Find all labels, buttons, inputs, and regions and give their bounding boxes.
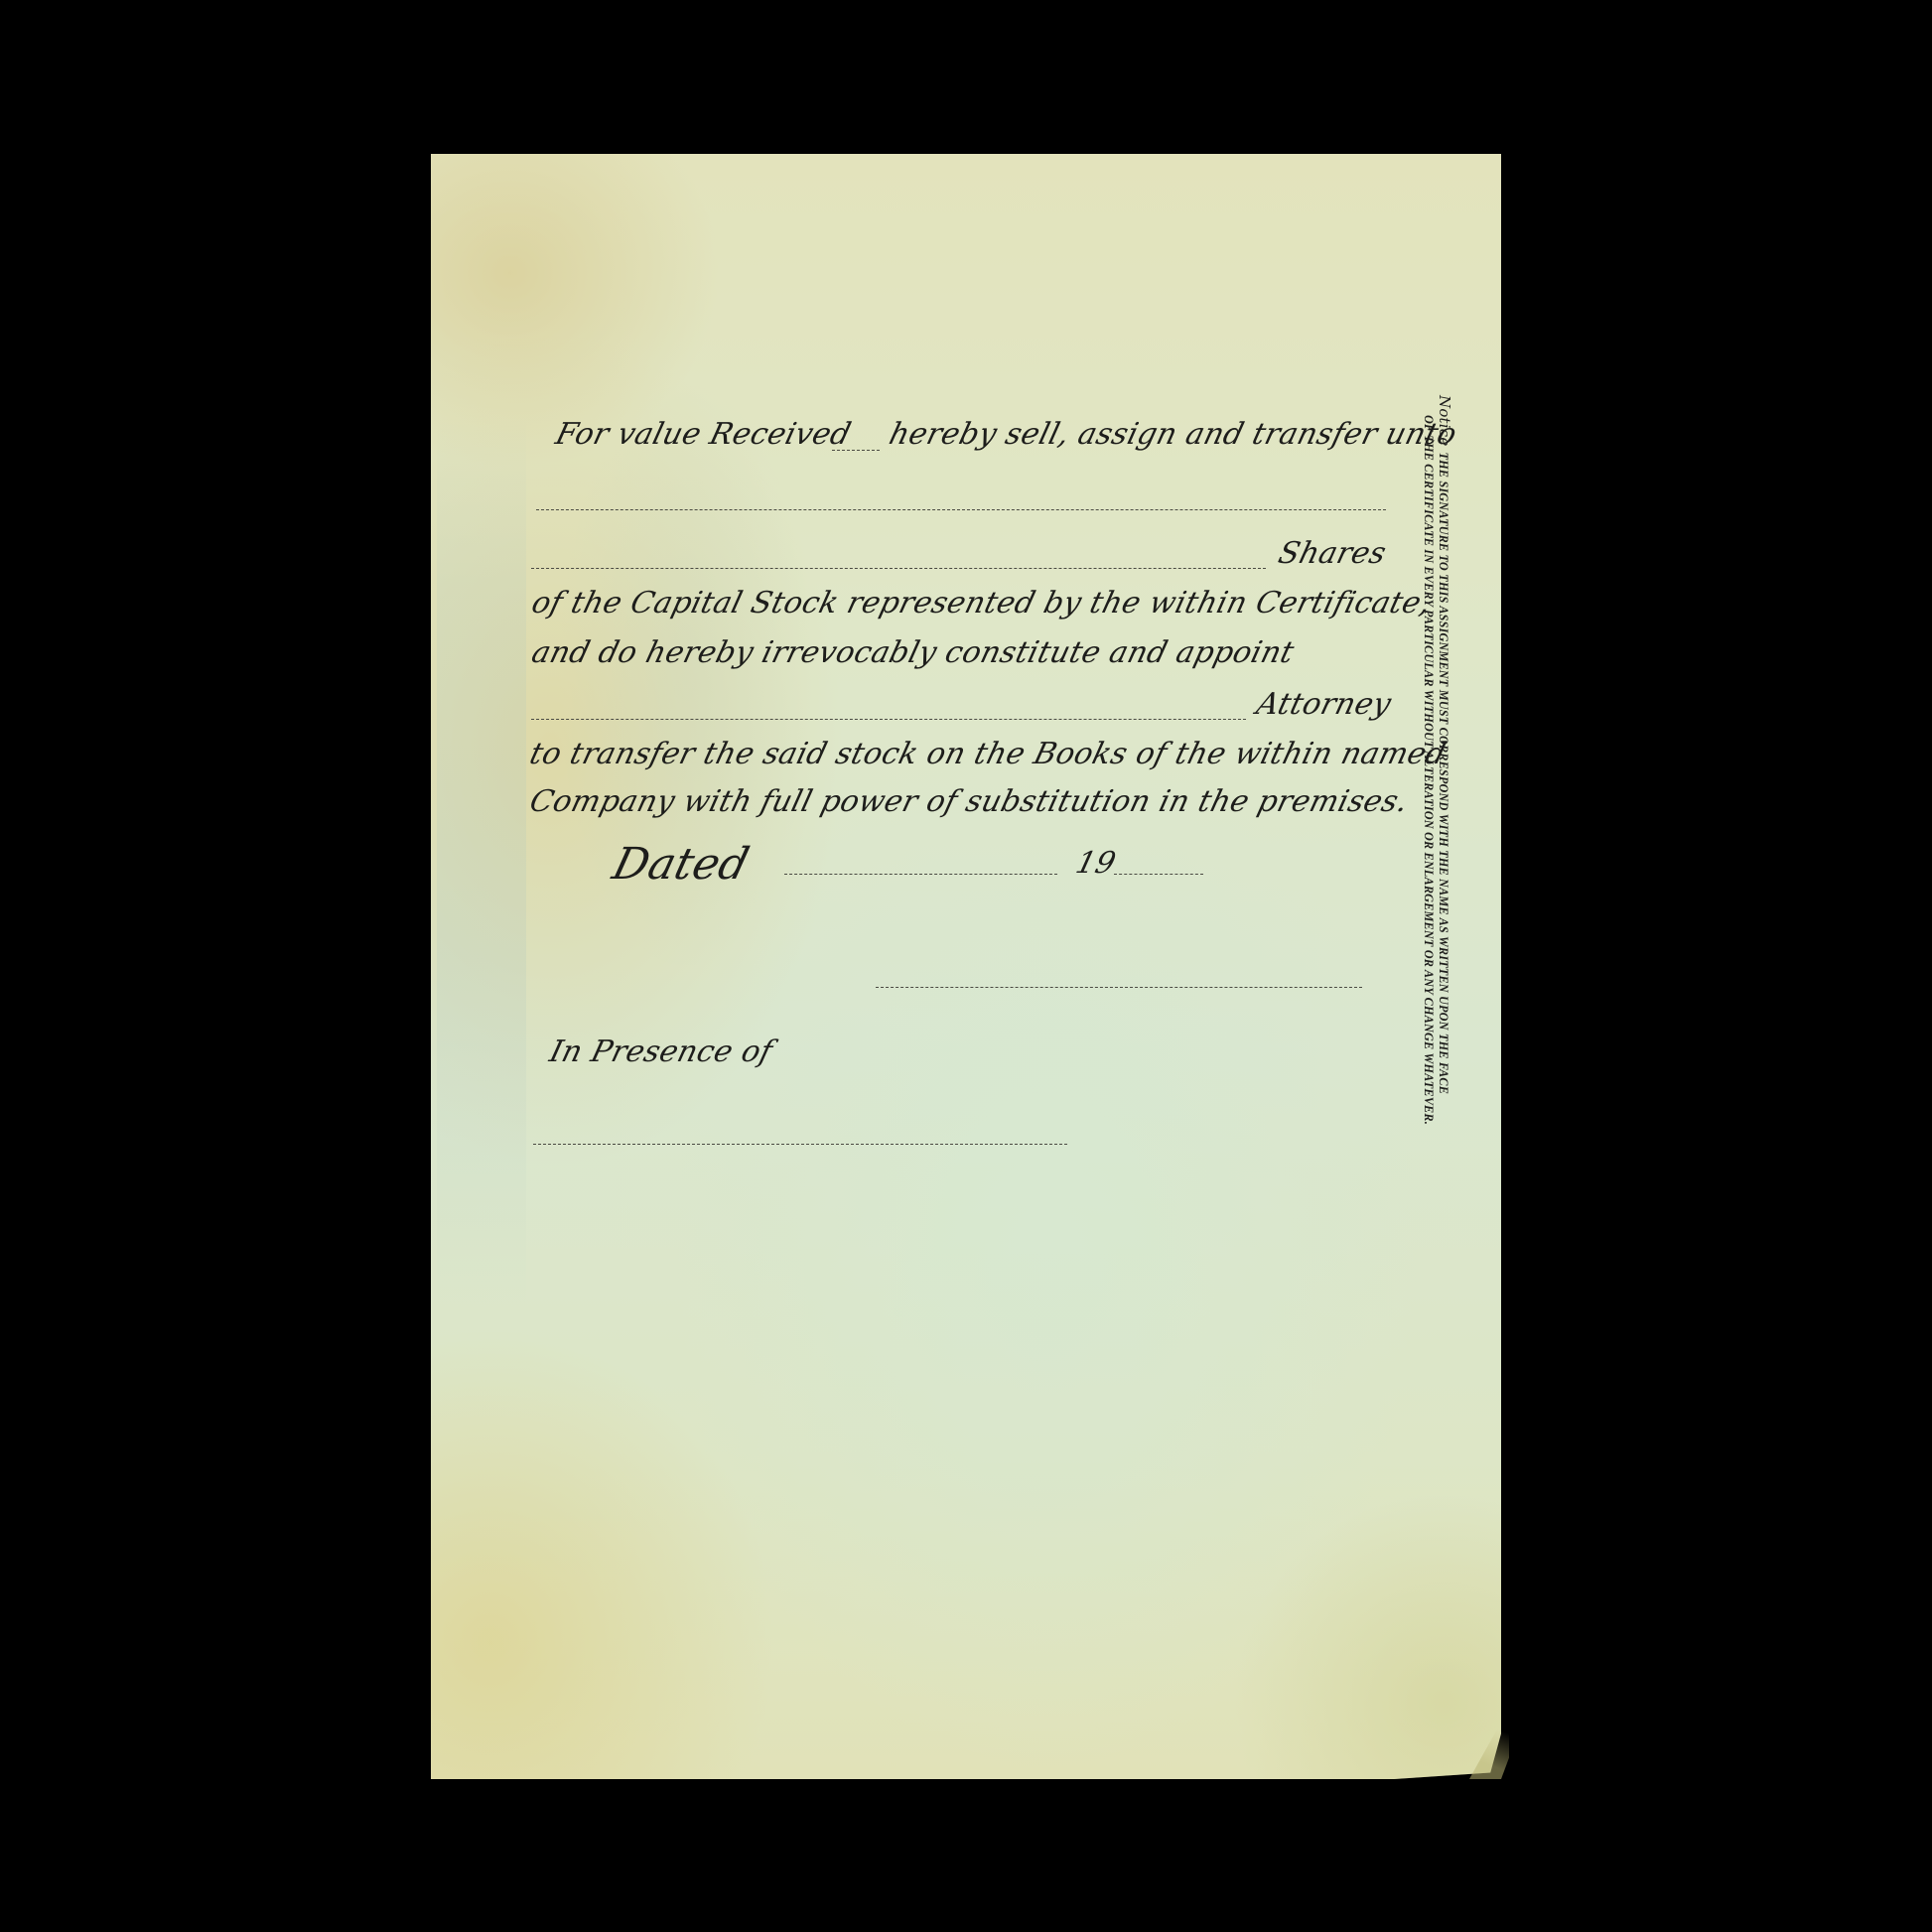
- sell-assign-transfer-text: hereby sell, assign and transfer unto: [886, 417, 1460, 452]
- signature-line[interactable]: [876, 987, 1362, 988]
- for-value-received-text: For value Received: [552, 417, 855, 452]
- in-presence-of-label: In Presence of: [546, 1035, 776, 1069]
- certificate-paper: [431, 154, 1501, 1779]
- notice-line-2: OF THE CERTIFICATE IN EVERY PARTICULAR W…: [1421, 395, 1436, 1209]
- notice-text-1: THE SIGNATURE TO THIS ASSIGNMENT MUST CO…: [1437, 452, 1450, 1094]
- date-line[interactable]: [784, 874, 1057, 875]
- assignee-name-line[interactable]: [536, 509, 1386, 510]
- year-line[interactable]: [1114, 874, 1203, 875]
- grantor-blank-line[interactable]: [832, 450, 880, 451]
- shares-label: Shares: [1275, 536, 1390, 571]
- transfer-text: to transfer the said stock on the Books …: [526, 737, 1449, 771]
- dated-label: Dated: [608, 839, 755, 890]
- notice-heading: Notice: [1436, 395, 1453, 446]
- company-text: Company with full power of substitution …: [526, 784, 1412, 819]
- signature-notice: NoticeTHE SIGNATURE TO THIS ASSIGNMENT M…: [1421, 395, 1451, 1209]
- capital-stock-text: of the Capital Stock represented by the …: [528, 586, 1435, 621]
- shares-count-line[interactable]: [531, 568, 1266, 569]
- notice-text-2: OF THE CERTIFICATE IN EVERY PARTICULAR W…: [1422, 415, 1436, 1125]
- faint-watermark-strip: [437, 417, 526, 1311]
- witness-signature-line[interactable]: [533, 1144, 1067, 1145]
- attorney-label: Attorney: [1253, 687, 1395, 722]
- notice-line-1: NoticeTHE SIGNATURE TO THIS ASSIGNMENT M…: [1436, 395, 1451, 1209]
- appoint-text: and do hereby irrevocably constitute and…: [528, 635, 1298, 670]
- attorney-name-line[interactable]: [531, 719, 1246, 720]
